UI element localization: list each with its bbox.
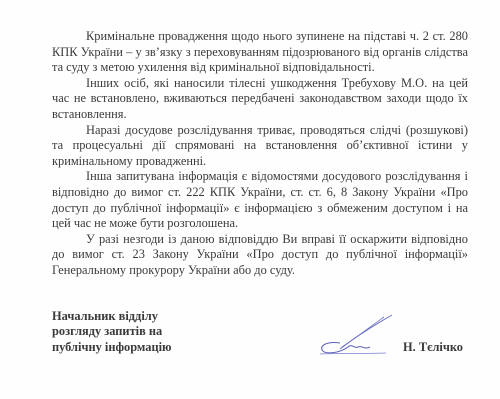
paragraph-appeal: У разі незгоди із даною відповіддю Ви вп… bbox=[52, 232, 468, 279]
signatory-name: Н. Тєлічко bbox=[403, 340, 463, 355]
signatory-title-line: публічну інформацію bbox=[52, 340, 172, 355]
paragraph-other-persons: Інших осіб, які наносили тілесні ушкодже… bbox=[52, 76, 468, 123]
signatory-title: Начальник відділу розгляду запитів на пу… bbox=[52, 309, 172, 355]
letter-body: Кримінальне провадження щодо нього зупин… bbox=[52, 29, 468, 279]
signatory-title-line: розгляду запитів на bbox=[52, 324, 172, 339]
signatory-title-line: Начальник відділу bbox=[52, 309, 172, 324]
paragraph-investigation: Наразі досудове розслідування триває, пр… bbox=[52, 123, 468, 170]
paragraph-restricted-info: Інша запитувана інформація є відомостями… bbox=[52, 169, 468, 231]
paragraph-suspension: Кримінальне провадження щодо нього зупин… bbox=[52, 29, 468, 76]
document-page: Кримінальне провадження щодо нього зупин… bbox=[0, 0, 500, 399]
handwritten-signature-icon bbox=[318, 313, 394, 357]
